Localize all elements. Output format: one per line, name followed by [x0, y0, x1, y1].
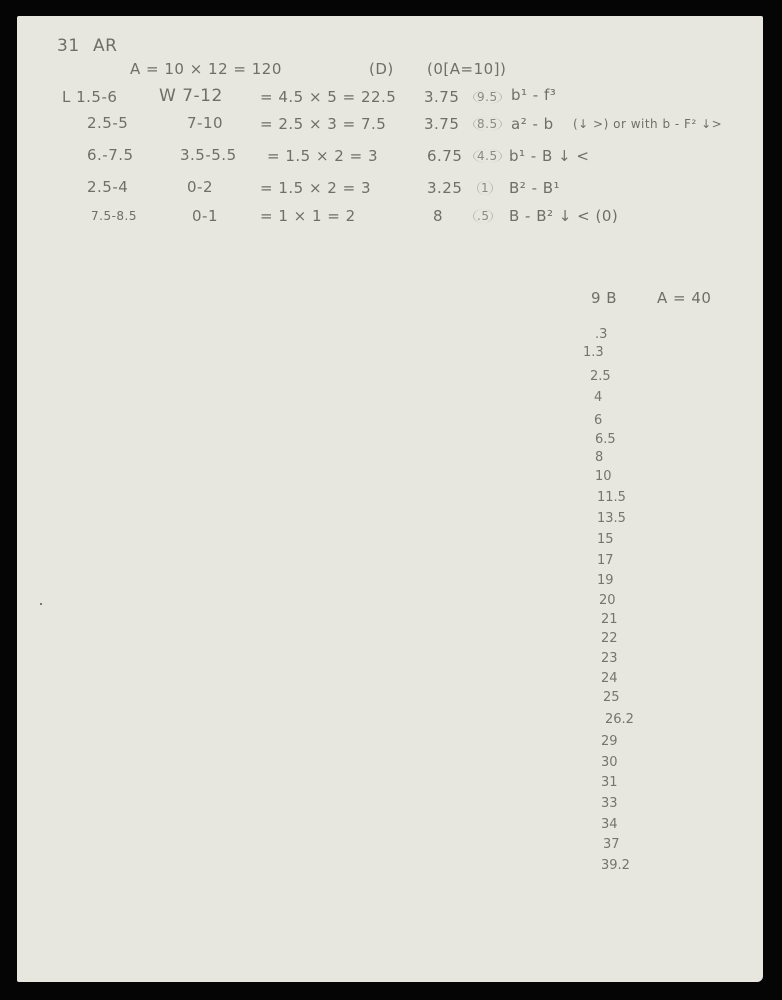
paper-sheet: 31 AR A = 10 × 12 = 120 (D) (0[A=10]) L …: [17, 16, 763, 982]
row-3-l: 6.-7.5: [87, 146, 134, 164]
row-2-val: 3.75: [424, 115, 459, 133]
d-label: (D): [369, 60, 394, 78]
row-1-l: L 1.5-6: [62, 88, 117, 106]
d-note: (0[A=10]): [427, 60, 506, 78]
column-value: 6.5: [595, 432, 616, 447]
row-4-calc: = 1.5 × 2 = 3: [260, 179, 371, 197]
column-value: 13.5: [597, 511, 626, 526]
row-1-circled: 9.5: [473, 90, 502, 104]
column-value: 17: [597, 553, 614, 568]
row-1-calc: = 4.5 × 5 = 22.5: [260, 88, 396, 106]
row-1-note: b¹ - f³: [511, 86, 556, 104]
column-value: 19: [597, 573, 614, 588]
row-2-w: 7-10: [187, 114, 223, 132]
row-2-note: a² - b: [511, 115, 554, 133]
row-4-l: 2.5-4: [87, 178, 128, 196]
row-1-w: W 7-12: [159, 86, 223, 106]
row-3-calc: = 1.5 × 2 = 3: [267, 147, 378, 165]
column-value: 21: [601, 612, 618, 627]
column-value: 6: [594, 413, 602, 428]
row-5-calc: = 1 × 1 = 2: [260, 207, 356, 225]
row-2-l: 2.5-5: [87, 114, 128, 132]
row-3-w: 3.5-5.5: [180, 146, 237, 164]
column-value: 33: [601, 796, 618, 811]
row-3-circled: 4.5: [473, 149, 502, 163]
column-value: 31: [601, 775, 618, 790]
paper-speck: [40, 603, 42, 605]
row-4-circled: 1: [477, 181, 493, 195]
row-1-val: 3.75: [424, 88, 459, 106]
column-value: 11.5: [597, 490, 626, 505]
page-number: 31: [57, 36, 80, 56]
column-value: 10: [595, 469, 612, 484]
column-value: 1.3: [583, 345, 604, 360]
row-5-val: 8: [433, 207, 443, 225]
column-area: A = 40: [657, 289, 711, 307]
row-3-note: b¹ - B ↓ <: [509, 147, 589, 165]
column-value: 2.5: [590, 369, 611, 384]
row-5-circled: .5: [473, 209, 493, 223]
column-value: 8: [595, 450, 603, 465]
column-value: 30: [601, 755, 618, 770]
row-5-note: B - B² ↓ < (0): [509, 207, 618, 225]
column-value: 15: [597, 532, 614, 547]
column-value: 22: [601, 631, 618, 646]
area-line: A = 10 × 12 = 120: [130, 60, 282, 78]
column-title: 9 B: [591, 289, 617, 307]
column-value: 37: [603, 837, 620, 852]
column-value: 29: [601, 734, 618, 749]
row-2-extra: (↓ >) or with b - F² ↓>: [573, 117, 722, 131]
row-4-note: B² - B¹: [509, 179, 560, 197]
column-value: 26.2: [605, 712, 634, 727]
column-value: 34: [601, 817, 618, 832]
row-5-l: 7.5-8.5: [91, 209, 137, 223]
column-value: 20: [599, 593, 616, 608]
column-value: .3: [595, 327, 607, 342]
column-value: 39.2: [601, 858, 630, 873]
row-4-w: 0-2: [187, 178, 213, 196]
column-value: 25: [603, 690, 620, 705]
column-value: 4: [594, 390, 602, 405]
column-value: 24: [601, 671, 618, 686]
page-heading: AR: [93, 36, 117, 56]
column-value: 23: [601, 651, 618, 666]
row-2-circled: 8.5: [473, 117, 502, 131]
row-4-val: 3.25: [427, 179, 462, 197]
row-5-w: 0-1: [192, 207, 218, 225]
row-3-val: 6.75: [427, 147, 462, 165]
row-2-calc: = 2.5 × 3 = 7.5: [260, 115, 386, 133]
